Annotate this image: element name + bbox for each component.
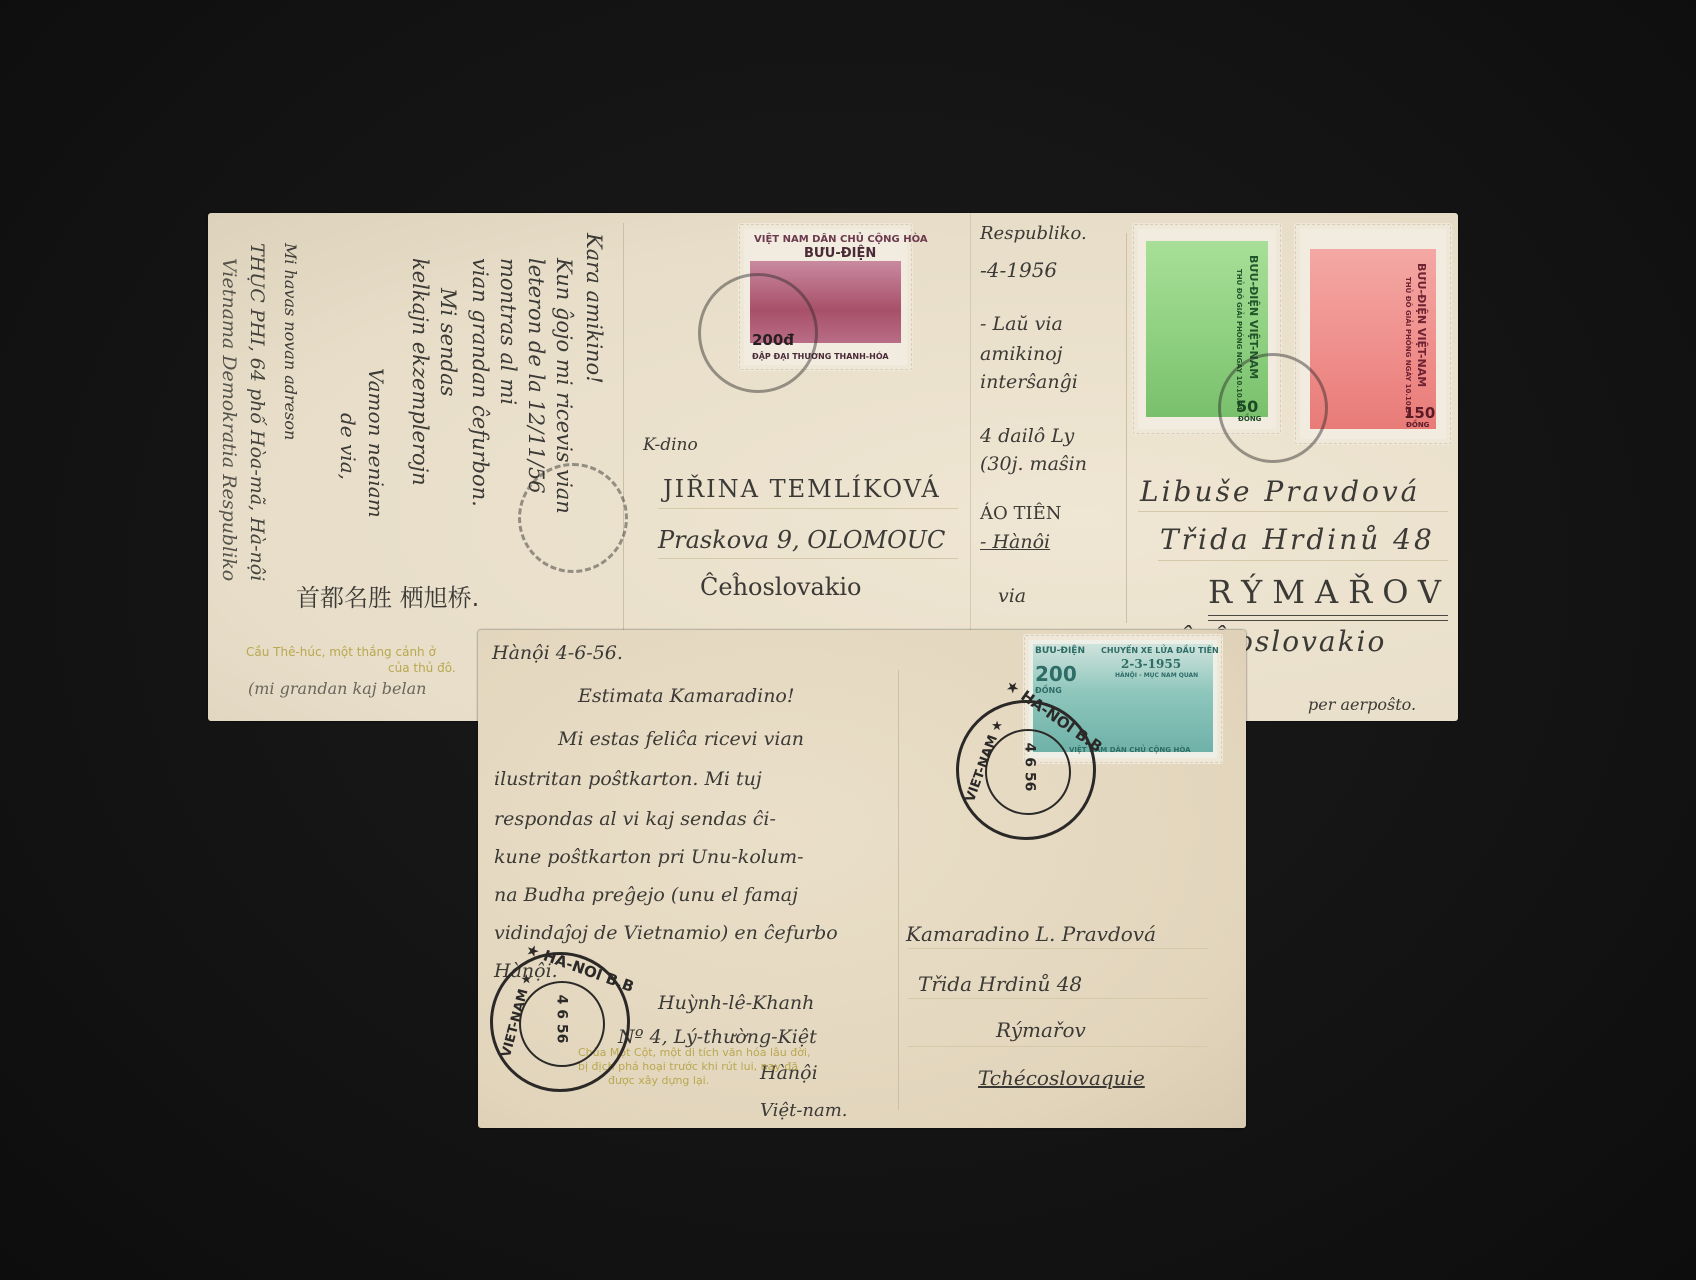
postmark-date: 4 6 56: [1021, 743, 1037, 792]
recipient-street: Třida Hrdinů 48: [1160, 523, 1435, 556]
postmark: [518, 463, 628, 573]
recipient-country: Tchécoslovaquie: [978, 1066, 1145, 1090]
address-divider: [1126, 233, 1127, 623]
message-line: -4-1956: [980, 258, 1057, 282]
signature-name: Huỳnh-lê-Khanh: [658, 992, 814, 1014]
body-line: vidindaĵoj de Vietnamio) en ĉefurbo: [494, 922, 838, 944]
message-line: interŝanĝi: [980, 371, 1078, 393]
body-line: ilustritan poŝtkarton. Mi tuj: [494, 768, 762, 790]
stamp-date: 2-3-1955: [1121, 657, 1181, 671]
greeting: Estimata Kamaradino!: [578, 685, 795, 707]
recipient-prefix: K-dino: [643, 435, 698, 455]
stamp-service: BƯU-ĐIỆN VIỆT-NAM: [1415, 263, 1428, 387]
address-line: [658, 508, 958, 509]
stamp-country: VIỆT NAM DÂN CHỦ CỘNG HÒA: [754, 234, 928, 245]
recipient-name: Libuše Pravdová: [1140, 475, 1420, 508]
chinese-caption: 首都名胜 栖旭桥.: [296, 578, 479, 613]
message-line: - Laŭ via: [980, 313, 1063, 335]
stamp-caption: THỦ ĐÔ GIẢI PHÓNG NGÀY 10.10.54: [1404, 277, 1412, 418]
message-line: leteron de la 12/11/56: [524, 258, 548, 494]
sender-note: Mi havas novan adreson: [281, 243, 300, 440]
postmark: [698, 273, 818, 393]
printed-caption: được xây dựng lại.: [608, 1074, 709, 1087]
stamp-route: HÀNỘI - MỤC NAM QUAN: [1115, 672, 1198, 679]
message-line: Mi sendas: [436, 288, 460, 396]
message-line: kelkajn ekzemplerojn: [408, 258, 432, 486]
body-line: respondas al vi kaj sendas ĉi-: [494, 808, 776, 830]
message-line: via: [998, 585, 1026, 607]
postcard-bottom: Hànội 4-6-56. Estimata Kamaradino! Mi es…: [478, 630, 1246, 1128]
sender-country: Vietnama Demokratia Respubliko: [218, 258, 240, 581]
address-line: [1138, 511, 1448, 512]
sender-address: THỤC PHI, 64 phố Hòa-mã, Hà-nội: [246, 243, 268, 581]
recipient-city: RÝMAŘOV: [1208, 573, 1451, 611]
message-line: amikinoj: [980, 343, 1063, 365]
recipient-city: Rýmařov: [996, 1018, 1086, 1042]
message-line: de via,: [336, 413, 360, 480]
printed-caption: Cầu Thê-húc, một thắng cảnh ở: [246, 645, 436, 659]
city-underline: [1208, 615, 1448, 616]
address-line: [1158, 560, 1448, 561]
stamp-title: CHUYẾN XE LỬA ĐẦU TIÊN: [1101, 646, 1219, 655]
message-line: - Hànôi: [980, 531, 1050, 553]
message-line: Respubliko.: [980, 223, 1087, 244]
recipient-country: Ĉeĥoslovakio: [700, 573, 861, 601]
address-line: [908, 998, 1208, 999]
address-line: [658, 558, 958, 559]
recipient-street: Praskova 9, OLOMOUC: [658, 526, 945, 554]
address-line: [908, 948, 1208, 949]
message-line: montras al mi: [496, 258, 520, 405]
address-line: [908, 1046, 1208, 1047]
address-divider: [898, 670, 899, 1110]
signature-address: Nº 4, Lý-thường-Kiệt: [618, 1026, 817, 1048]
message-line: (30j. maŝin: [980, 453, 1087, 475]
recipient-street: Třida Hrdinů 48: [918, 972, 1082, 996]
message-line: vian grandan ĉefurbon.: [468, 258, 492, 507]
stamp-value: 200: [1035, 662, 1077, 686]
airmail-note: per aerpoŝto.: [1308, 695, 1416, 714]
stamp-service: BƯU-ĐIỆN: [1035, 646, 1085, 656]
message-date: Hànội 4-6-56.: [492, 642, 623, 664]
postmark-hanoi: ★ HA-NOI B.B VIET-NAM ★ 4 6 56: [956, 700, 1096, 840]
printed-caption: của thủ đô.: [388, 661, 456, 675]
postmark-date: 4 6 56: [553, 995, 569, 1044]
address-divider: [623, 223, 624, 663]
stamp-service: BƯU-ĐIỆN: [804, 246, 876, 261]
signature-country: Việt-nam.: [760, 1100, 848, 1121]
postmark-hanoi: ★ HA-NOI B.B VIET-NAM ★ 4 6 56: [490, 952, 630, 1092]
body-line: Mi estas feliĉa ricevi vian: [558, 728, 804, 750]
body-line: kune poŝtkarton pri Unu-kolum-: [494, 846, 804, 868]
message-line: Vamon neniam: [364, 368, 388, 518]
postmark: [1218, 353, 1328, 463]
message-line: ÁO TIÊN: [980, 503, 1061, 524]
stamp-value: 150: [1404, 404, 1435, 422]
recipient-name: JIŘINA TEMLÍKOVÁ: [663, 475, 941, 503]
message-line: Kara amikino!: [582, 233, 606, 384]
body-line: na Budha preĝejo (unu el famaj: [494, 884, 798, 906]
message-line: 4 dailô Ly: [980, 425, 1074, 447]
stamp-unit: ĐỒNG: [1406, 421, 1429, 429]
recipient-name: Kamaradino L. Pravdová: [906, 922, 1156, 946]
city-underline: [1208, 620, 1448, 621]
footer-note: (mi grandan kaj belan: [248, 679, 426, 698]
